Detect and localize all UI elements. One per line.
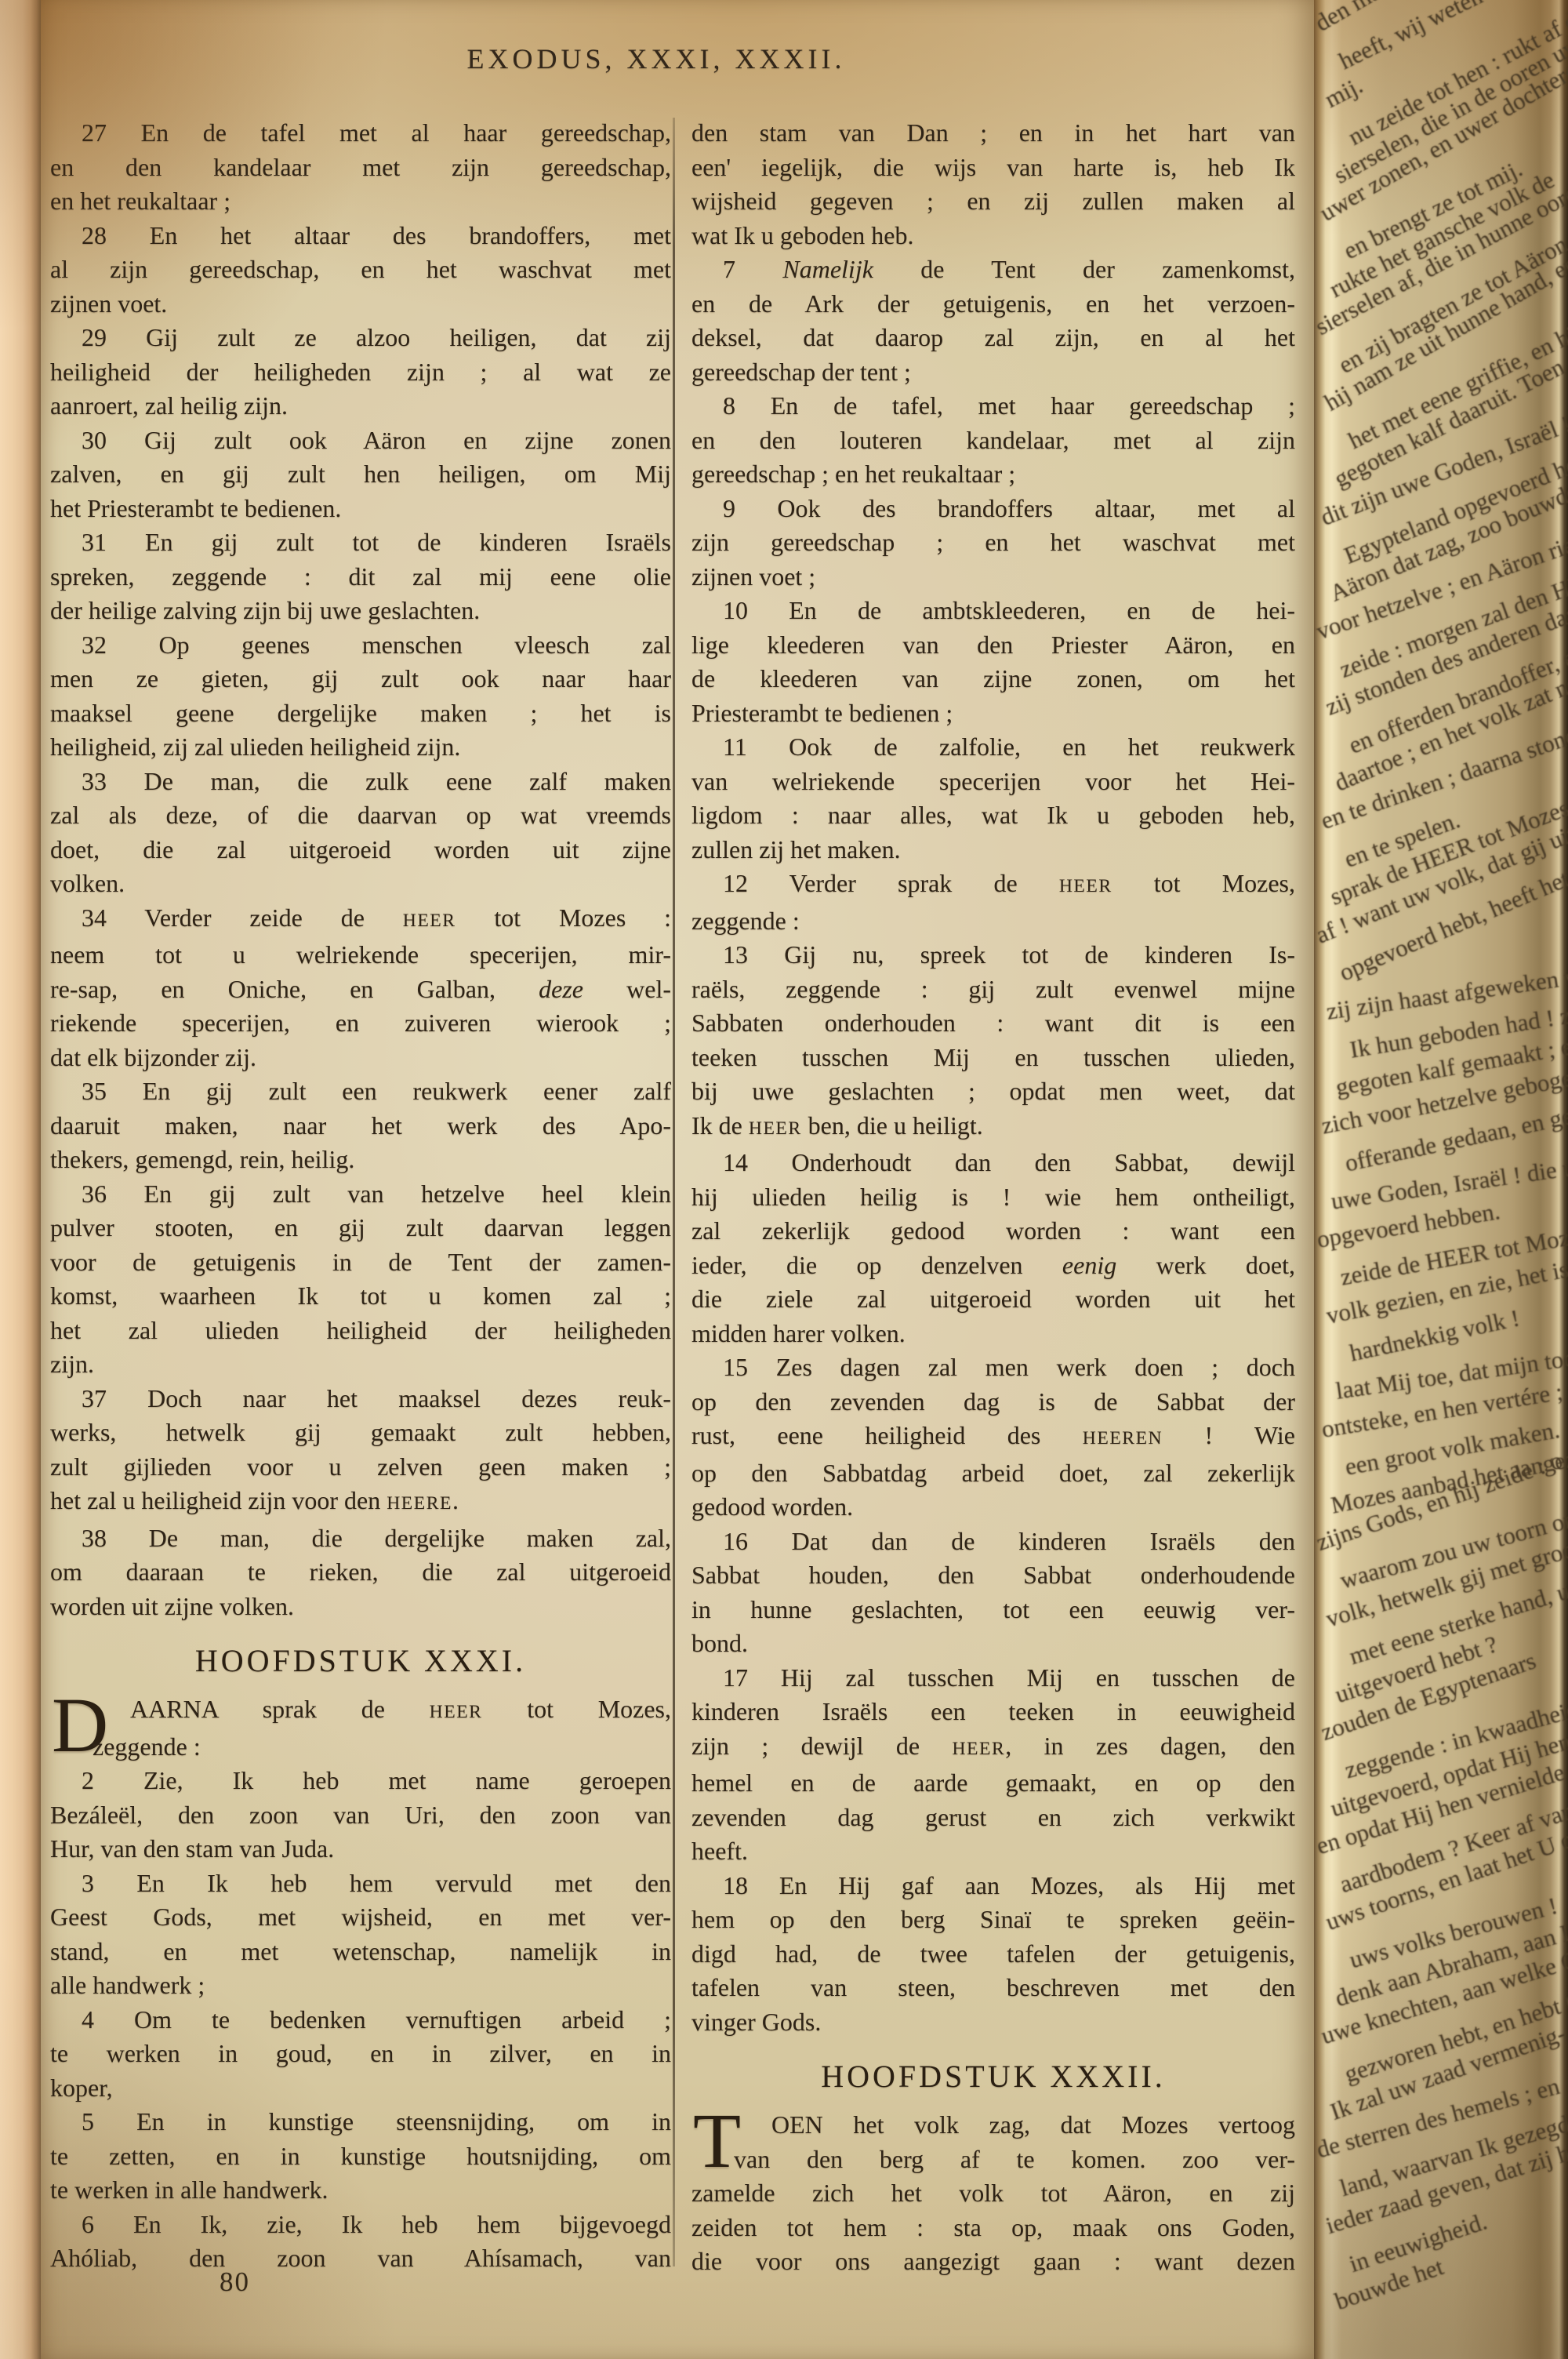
verse-paragraph: 3 En Ik heb hem vervuld met denGeest God… <box>50 1866 671 2003</box>
text-line: 33 De man, die zulk eene zalf maken <box>50 765 671 799</box>
next-page-curl: den man, die ons uitheeft, wij weten nie… <box>1314 0 1568 2359</box>
verse-paragraph: 12 Verder sprak de HEER tot Mozes,zeggen… <box>691 867 1295 938</box>
text-line: gereedschap der tent ; <box>691 355 1295 390</box>
verse-paragraph: DAARNA sprak de HEER tot Mozes,zeggende … <box>50 1692 671 1764</box>
text-line: zijnen voet. <box>50 287 671 322</box>
text-column-right: den stam van Dan ; en in het hart vaneen… <box>691 116 1295 2279</box>
text-line: Priesterambt te bedienen ; <box>691 696 1295 731</box>
chapter-heading: HOOFDSTUK XXXI. <box>50 1642 671 1680</box>
text-line: maaksel geene dergelijke maken ; het is <box>50 696 671 731</box>
text-line: 36 En gij zult van hetzelve heel klein <box>50 1177 671 1212</box>
text-line: 28 En het altaar des brandoffers, met <box>50 219 671 253</box>
verse-paragraph: 2 Zie, Ik heb met name geroepenBezáleël,… <box>50 1764 671 1866</box>
text-line: alle handwerk ; <box>50 1968 671 2003</box>
text-line: pulver stooten, en gij zult daarvan legg… <box>50 1211 671 1245</box>
text-line: neem tot u welriekende specerijen, mir- <box>50 938 671 972</box>
text-line: spreken, zeggende : dit zal mij eene oli… <box>50 560 671 594</box>
text-line: 29 Gij zult ze alzoo heiligen, dat zij <box>50 321 671 355</box>
text-line: volken. <box>50 867 671 901</box>
text-line: Bezáleël, den zoon van Uri, den zoon van <box>50 1798 671 1833</box>
text-line: koper, <box>50 2071 671 2106</box>
text-line: zal als deze, of die daarvan op wat vree… <box>50 798 671 833</box>
text-line: OEN het volk zag, dat Mozes vertoog <box>691 2108 1295 2143</box>
text-line: AARNA sprak de HEER tot Mozes, <box>50 1692 671 1730</box>
text-line: dat elk bijzonder zij. <box>50 1041 671 1075</box>
text-line: vinger Gods. <box>691 2005 1295 2040</box>
text-line: heiligheid der heiligheden zijn ; al wat… <box>50 355 671 390</box>
text-line: Ik de HEER ben, die u heiligt. <box>691 1109 1295 1147</box>
text-line: 12 Verder sprak de HEER tot Mozes, <box>691 867 1295 904</box>
text-line: wijsheid gegeven ; en zij zullen maken a… <box>691 184 1295 219</box>
text-line: ieder, die op denzelven eenig werk doet, <box>691 1249 1295 1283</box>
text-line: 10 En de ambtskleederen, en de hei- <box>691 594 1295 628</box>
text-line: 35 En gij zult een reukwerk eener zalf <box>50 1074 671 1109</box>
text-line: 7 Namelijk de Tent der zamenkomst, <box>691 253 1295 287</box>
text-line: daaruit maken, naar het werk des Apo- <box>50 1109 671 1143</box>
verse-paragraph: 31 En gij zult tot de kinderen Israëlssp… <box>50 525 671 628</box>
verse-paragraph: 13 Gij nu, spreek tot de kinderen Is-raë… <box>691 938 1295 1146</box>
text-line: het Priesterambt te bedienen. <box>50 492 671 526</box>
text-line: doet, die zal uitgeroeid worden uit zijn… <box>50 833 671 867</box>
text-line: werks, hetwelk gij gemaakt zult hebben, <box>50 1416 671 1450</box>
text-line: 4 Om te bedenken vernuftigen arbeid ; <box>50 2003 671 2037</box>
text-line: hemel en de aarde gemaakt, en op den <box>691 1766 1295 1801</box>
text-line: hem op den berg Sinaï te spreken geëin- <box>691 1903 1295 1937</box>
verse-paragraph: 38 De man, die dergelijke maken zal,om d… <box>50 1521 671 1624</box>
text-line: 32 Op geenes menschen vleesch zal <box>50 628 671 663</box>
text-line: en het reukaltaar ; <box>50 184 671 219</box>
text-line: midden harer volken. <box>691 1317 1295 1351</box>
text-line: het zal ulieden heiligheid der heilighed… <box>50 1314 671 1348</box>
text-line: op den zevenden dag is de Sabbat der <box>691 1385 1295 1419</box>
text-line: den stam van Dan ; en in het hart van <box>691 116 1295 151</box>
text-line: heiligheid, zij zal ulieden heiligheid z… <box>50 730 671 765</box>
text-line: thekers, gemengd, rein, heilig. <box>50 1143 671 1177</box>
text-line: te zetten, en in kunstige houtsnijding, … <box>50 2139 671 2174</box>
text-line: zijn. <box>50 1347 671 1382</box>
text-line: 8 En de tafel, met haar gereedschap ; <box>691 389 1295 423</box>
text-line: deksel, dat daarop zal zijn, en al het <box>691 321 1295 355</box>
verse-paragraph: 29 Gij zult ze alzoo heiligen, dat zijhe… <box>50 321 671 423</box>
text-line: bij uwe geslachten ; opdat men weet, dat <box>691 1074 1295 1109</box>
verse-paragraph: 32 Op geenes menschen vleesch zalmen ze … <box>50 628 671 765</box>
verse-paragraph: 9 Ook des brandoffers altaar, met alzijn… <box>691 492 1295 594</box>
text-line: 9 Ook des brandoffers altaar, met al <box>691 492 1295 526</box>
text-line: Ahóliab, den zoon van Ahísamach, van <box>50 2241 671 2276</box>
text-line: zijnen voet ; <box>691 560 1295 594</box>
text-line: 31 En gij zult tot de kinderen Israëls <box>50 525 671 560</box>
verse-paragraph: 37 Doch naar het maaksel dezes reuk-werk… <box>50 1382 671 1521</box>
text-line: 3 En Ik heb hem vervuld met den <box>50 1866 671 1901</box>
text-line: 16 Dat dan de kinderen Israëls den <box>691 1525 1295 1559</box>
verse-paragraph: 27 En de tafel met al haar gereedschap,e… <box>50 116 671 219</box>
verse-paragraph: 6 En Ik, zie, Ik heb hem bijgevoegdAhóli… <box>50 2208 671 2276</box>
text-line: 13 Gij nu, spreek tot de kinderen Is- <box>691 938 1295 972</box>
text-line: ligdom : naar alles, wat Ik u geboden he… <box>691 798 1295 833</box>
scanned-bible-page-photo: EXODUS, XXXI, XXXII. 27 En de tafel met … <box>0 0 1568 2359</box>
text-line: stand, en met wetenschap, namelijk in <box>50 1935 671 1969</box>
text-line: het zal u heiligheid zijn voor den HEERE… <box>50 1484 671 1521</box>
text-line: zal zekerlijk gedood worden : want een <box>691 1214 1295 1249</box>
text-line: zult gijlieden voor u zelven geen maken … <box>50 1450 671 1485</box>
text-line: op den Sabbatdag arbeid doet, zal zekerl… <box>691 1456 1295 1491</box>
verse-paragraph: 34 Verder zeide de HEER tot Mozes :neem … <box>50 901 671 1075</box>
left-page-edge <box>0 0 41 2359</box>
column-divider <box>673 118 675 2266</box>
text-line: 37 Doch naar het maaksel dezes reuk- <box>50 1382 671 1416</box>
text-line: wat Ik u geboden heb. <box>691 219 1295 253</box>
verse-paragraph: 14 Onderhoudt dan den Sabbat, dewijlhij … <box>691 1146 1295 1350</box>
book-page: EXODUS, XXXI, XXXII. 27 En de tafel met … <box>41 0 1314 2359</box>
text-line: zamelde zich het volk tot Aäron, en zij <box>691 2176 1295 2211</box>
text-line: zeggende : <box>50 1730 671 1765</box>
verse-paragraph: 36 En gij zult van hetzelve heel kleinpu… <box>50 1177 671 1382</box>
text-line: bond. <box>691 1627 1295 1661</box>
text-line: zevenden dag gerust en zich verkwikt <box>691 1801 1295 1835</box>
text-line: 5 En in kunstige steensnijding, om in <box>50 2105 671 2139</box>
text-line: worden uit zijne volken. <box>50 1590 671 1624</box>
text-line: tafelen van steen, beschreven met den <box>691 1971 1295 2005</box>
text-line: 15 Zes dagen zal men werk doen ; doch <box>691 1350 1295 1385</box>
text-line: om daaraan te rieken, die zal uitgeroeid <box>50 1555 671 1590</box>
text-line: digd had, de twee tafelen der getuigenis… <box>691 1937 1295 1972</box>
text-line: Sabbat houden, den Sabbat onderhoudende <box>691 1558 1295 1593</box>
verse-paragraph: 30 Gij zult ook Aäron en zijne zonenzalv… <box>50 423 671 526</box>
text-line: en den kandelaar met zijn gereedschap, <box>50 151 671 185</box>
text-line: in hunne geslachten, tot een eeuwig ver- <box>691 1593 1295 1627</box>
text-line: zalven, en gij zult hen heiligen, om Mij <box>50 457 671 492</box>
text-line: 34 Verder zeide de HEER tot Mozes : <box>50 901 671 939</box>
text-line: riekende specerijen, en zuiveren wierook… <box>50 1006 671 1041</box>
text-line: en de Ark der getuigenis, en het verzoen… <box>691 287 1295 322</box>
text-line: rust, eene heiligheid des HEEREN ! Wie <box>691 1419 1295 1456</box>
running-head: EXODUS, XXXI, XXXII. <box>41 42 1272 75</box>
text-line: te werken in alle handwerk. <box>50 2173 671 2208</box>
text-column-left: 27 En de tafel met al haar gereedschap,e… <box>50 116 671 2276</box>
text-line: 30 Gij zult ook Aäron en zijne zonen <box>50 423 671 458</box>
text-line: een' iegelijk, die wijs van harte is, he… <box>691 151 1295 185</box>
text-line: komst, waarheen Ik tot u komen zal ; <box>50 1279 671 1314</box>
verse-paragraph: 7 Namelijk de Tent der zamenkomst,en de … <box>691 253 1295 389</box>
verse-paragraph: 5 En in kunstige steensnijding, om inte … <box>50 2105 671 2208</box>
text-line: 18 En Hij gaf aan Mozes, als Hij met <box>691 1869 1295 1903</box>
text-line: en den louteren kandelaar, met al zijn <box>691 423 1295 458</box>
text-line: men ze gieten, gij zult ook naar haar <box>50 662 671 696</box>
text-line: 17 Hij zal tusschen Mij en tusschen de <box>691 1661 1295 1696</box>
text-line: aanroert, zal heilig zijn. <box>50 389 671 423</box>
verse-paragraph: 28 En het altaar des brandoffers, metal … <box>50 219 671 322</box>
verse-paragraph: 33 De man, die zulk eene zalf makenzal a… <box>50 765 671 901</box>
text-line: al zijn gereedschap, en het waschvat met <box>50 253 671 287</box>
text-line: gereedschap ; en het reukaltaar ; <box>691 457 1295 492</box>
verse-paragraph: 18 En Hij gaf aan Mozes, als Hij methem … <box>691 1869 1295 2040</box>
text-line: 27 En de tafel met al haar gereedschap, <box>50 116 671 151</box>
verse-paragraph: 17 Hij zal tusschen Mij en tusschen deki… <box>691 1661 1295 1869</box>
text-line: zullen zij het maken. <box>691 833 1295 867</box>
verse-paragraph: 10 En de ambtskleederen, en de hei-lige … <box>691 594 1295 730</box>
chapter-heading: HOOFDSTUK XXXII. <box>691 2058 1295 2095</box>
text-line: die ziele zal uitgeroeid worden uit het <box>691 1282 1295 1317</box>
verse-paragraph: 4 Om te bedenken vernuftigen arbeid ;te … <box>50 2003 671 2106</box>
text-line: kinderen Israëls een teeken in eeuwighei… <box>691 1695 1295 1729</box>
text-line: zeiden tot hem : sta op, maak ons Goden, <box>691 2211 1295 2245</box>
page-number: 80 <box>220 2266 250 2298</box>
verse-paragraph: 11 Ook de zalfolie, en het reukwerkvan w… <box>691 730 1295 867</box>
text-line: 11 Ook de zalfolie, en het reukwerk <box>691 730 1295 765</box>
text-line: re-sap, en Oniche, en Galban, deze wel- <box>50 972 671 1007</box>
verse-paragraph: 8 En de tafel, met haar gereedschap ;en … <box>691 389 1295 492</box>
text-line: lige kleederen van den Priester Aäron, e… <box>691 628 1295 663</box>
text-line: der heilige zalving zijn bij uwe geslach… <box>50 594 671 628</box>
verse-paragraph: 15 Zes dagen zal men werk doen ; dochop … <box>691 1350 1295 1525</box>
text-line: Hur, van den stam van Juda. <box>50 1832 671 1866</box>
text-line: van welriekende specerijen voor het Hei- <box>691 765 1295 799</box>
text-line: gedood worden. <box>691 1490 1295 1525</box>
curled-text-fragment: mij. <box>1320 71 1367 113</box>
verse-paragraph: 16 Dat dan de kinderen Israëls denSabbat… <box>691 1525 1295 1661</box>
text-line: zijn ; dewijl de HEER, in zes dagen, den <box>691 1729 1295 1767</box>
text-line: 6 En Ik, zie, Ik heb hem bijgevoegd <box>50 2208 671 2242</box>
text-line: te werken in goud, en in zilver, en in <box>50 2037 671 2071</box>
text-line: raëls, zeggende : gij zult evenwel mijne <box>691 972 1295 1007</box>
text-line: heeft. <box>691 1834 1295 1869</box>
text-line: die voor ons aangezigt gaan : want dezen <box>691 2245 1295 2279</box>
verse-paragraph: den stam van Dan ; en in het hart vaneen… <box>691 116 1295 253</box>
text-line: 14 Onderhoudt dan den Sabbat, dewijl <box>691 1146 1295 1180</box>
text-line: teeken tusschen Mij en tusschen ulieden, <box>691 1041 1295 1075</box>
text-line: zeggende : <box>691 904 1295 939</box>
text-line: Geest Gods, met wijsheid, en met ver- <box>50 1900 671 1935</box>
text-line: zijn gereedschap ; en het waschvat met <box>691 525 1295 560</box>
text-line: de kleederen van zijne zonen, om het <box>691 662 1295 696</box>
verse-paragraph: TOEN het volk zag, dat Mozes vertoogvan … <box>691 2108 1295 2279</box>
verse-paragraph: 35 En gij zult een reukwerk eener zalfda… <box>50 1074 671 1177</box>
text-line: 38 De man, die dergelijke maken zal, <box>50 1521 671 1556</box>
text-line: voor de getuigenis in de Tent der zamen- <box>50 1245 671 1280</box>
text-line: Sabbaten onderhouden : want dit is een <box>691 1006 1295 1041</box>
text-line: hij ulieden heilig is ! wie hem ontheili… <box>691 1180 1295 1215</box>
text-line: 2 Zie, Ik heb met name geroepen <box>50 1764 671 1798</box>
text-line: van den berg af te komen. zoo ver- <box>691 2143 1295 2177</box>
